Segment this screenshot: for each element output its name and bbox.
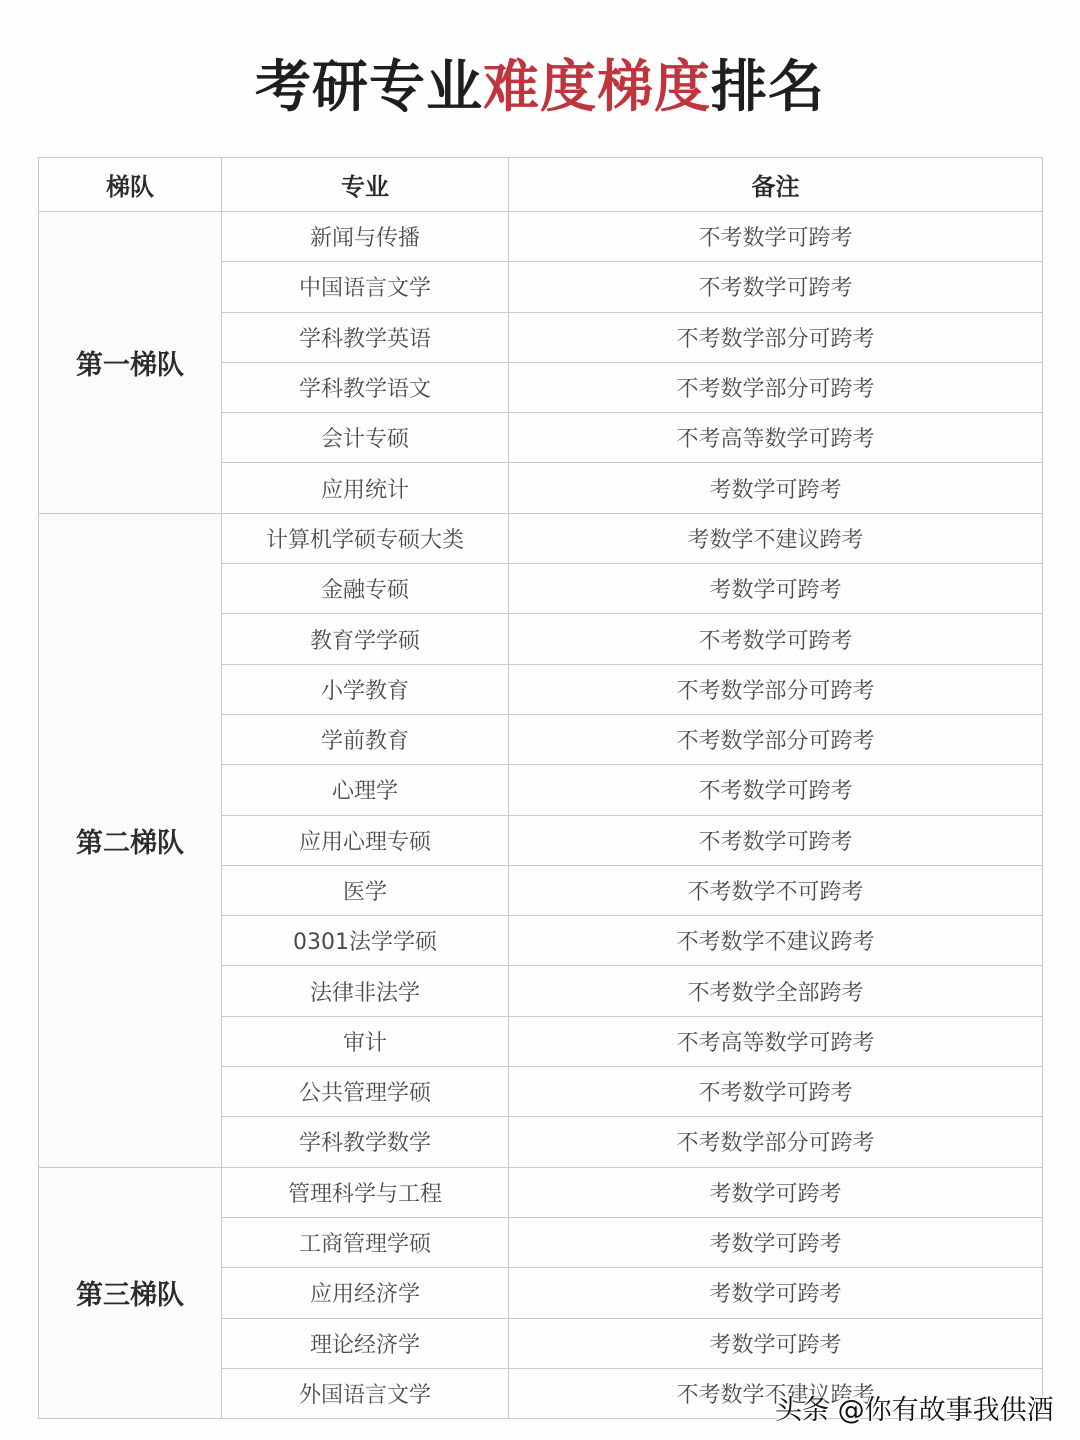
note-cell: 不考数学部分可跨考 [509,664,1043,714]
note-cell: 不考数学可跨考 [509,262,1043,312]
table-row: 第三梯队管理科学与工程考数学可跨考 [39,1167,1043,1217]
major-cell: 管理科学与工程 [222,1167,509,1217]
header-row: 梯队 专业 备注 [39,158,1043,212]
major-cell: 计算机学硕专硕大类 [222,513,509,563]
title-part1: 考研专业 [255,55,483,120]
title-highlight: 难度梯度 [483,55,711,120]
major-cell: 学科教学语文 [222,362,509,412]
tier-label: 第一梯队 [39,212,222,514]
major-cell: 理论经济学 [222,1318,509,1368]
note-cell: 不考数学可跨考 [509,815,1043,865]
note-cell: 考数学不建议跨考 [509,513,1043,563]
note-cell: 不考数学全部跨考 [509,966,1043,1016]
major-cell: 外国语言文学 [222,1368,509,1418]
major-cell: 教育学学硕 [222,614,509,664]
major-cell: 0301法学学硕 [222,916,509,966]
header-major: 专业 [222,158,509,212]
major-cell: 心理学 [222,765,509,815]
note-cell: 考数学可跨考 [509,1318,1043,1368]
note-cell: 不考数学部分可跨考 [509,312,1043,362]
ranking-table: 梯队 专业 备注 第一梯队新闻与传播不考数学可跨考中国语言文学不考数学可跨考学科… [38,157,1043,1419]
note-cell: 不考数学可跨考 [509,1067,1043,1117]
tier-label: 第二梯队 [39,513,222,1167]
note-cell: 不考数学可跨考 [509,212,1043,262]
major-cell: 新闻与传播 [222,212,509,262]
major-cell: 小学教育 [222,664,509,714]
note-cell: 考数学可跨考 [509,463,1043,513]
note-cell: 不考数学部分可跨考 [509,362,1043,412]
note-cell: 不考数学部分可跨考 [509,714,1043,764]
note-cell: 考数学可跨考 [509,1268,1043,1318]
note-cell: 不考数学不建议跨考 [509,916,1043,966]
major-cell: 医学 [222,865,509,915]
header-tier: 梯队 [39,158,222,212]
page-title: 考研专业难度梯度排名 [0,52,1080,124]
major-cell: 工商管理学硕 [222,1217,509,1267]
major-cell: 中国语言文学 [222,262,509,312]
note-cell: 不考高等数学可跨考 [509,1016,1043,1066]
major-cell: 应用经济学 [222,1268,509,1318]
note-cell: 不考数学可跨考 [509,765,1043,815]
note-cell: 考数学可跨考 [509,1167,1043,1217]
tier-label: 第三梯队 [39,1167,222,1418]
note-cell: 不考高等数学可跨考 [509,413,1043,463]
major-cell: 学前教育 [222,714,509,764]
table-row: 第一梯队新闻与传播不考数学可跨考 [39,212,1043,262]
watermark: 头条 @你有故事我供酒 [775,1388,1054,1427]
major-cell: 公共管理学硕 [222,1067,509,1117]
major-cell: 应用统计 [222,463,509,513]
major-cell: 金融专硕 [222,564,509,614]
table-body: 第一梯队新闻与传播不考数学可跨考中国语言文学不考数学可跨考学科教学英语不考数学部… [39,212,1043,1419]
major-cell: 会计专硕 [222,413,509,463]
note-cell: 不考数学不可跨考 [509,865,1043,915]
table-row: 第二梯队计算机学硕专硕大类考数学不建议跨考 [39,513,1043,563]
note-cell: 不考数学部分可跨考 [509,1117,1043,1167]
major-cell: 学科教学英语 [222,312,509,362]
major-cell: 学科教学数学 [222,1117,509,1167]
note-cell: 考数学可跨考 [509,1217,1043,1267]
major-cell: 法律非法学 [222,966,509,1016]
title-part2: 排名 [711,55,825,120]
major-cell: 应用心理专硕 [222,815,509,865]
major-cell: 审计 [222,1016,509,1066]
note-cell: 考数学可跨考 [509,564,1043,614]
note-cell: 不考数学可跨考 [509,614,1043,664]
header-note: 备注 [509,158,1043,212]
